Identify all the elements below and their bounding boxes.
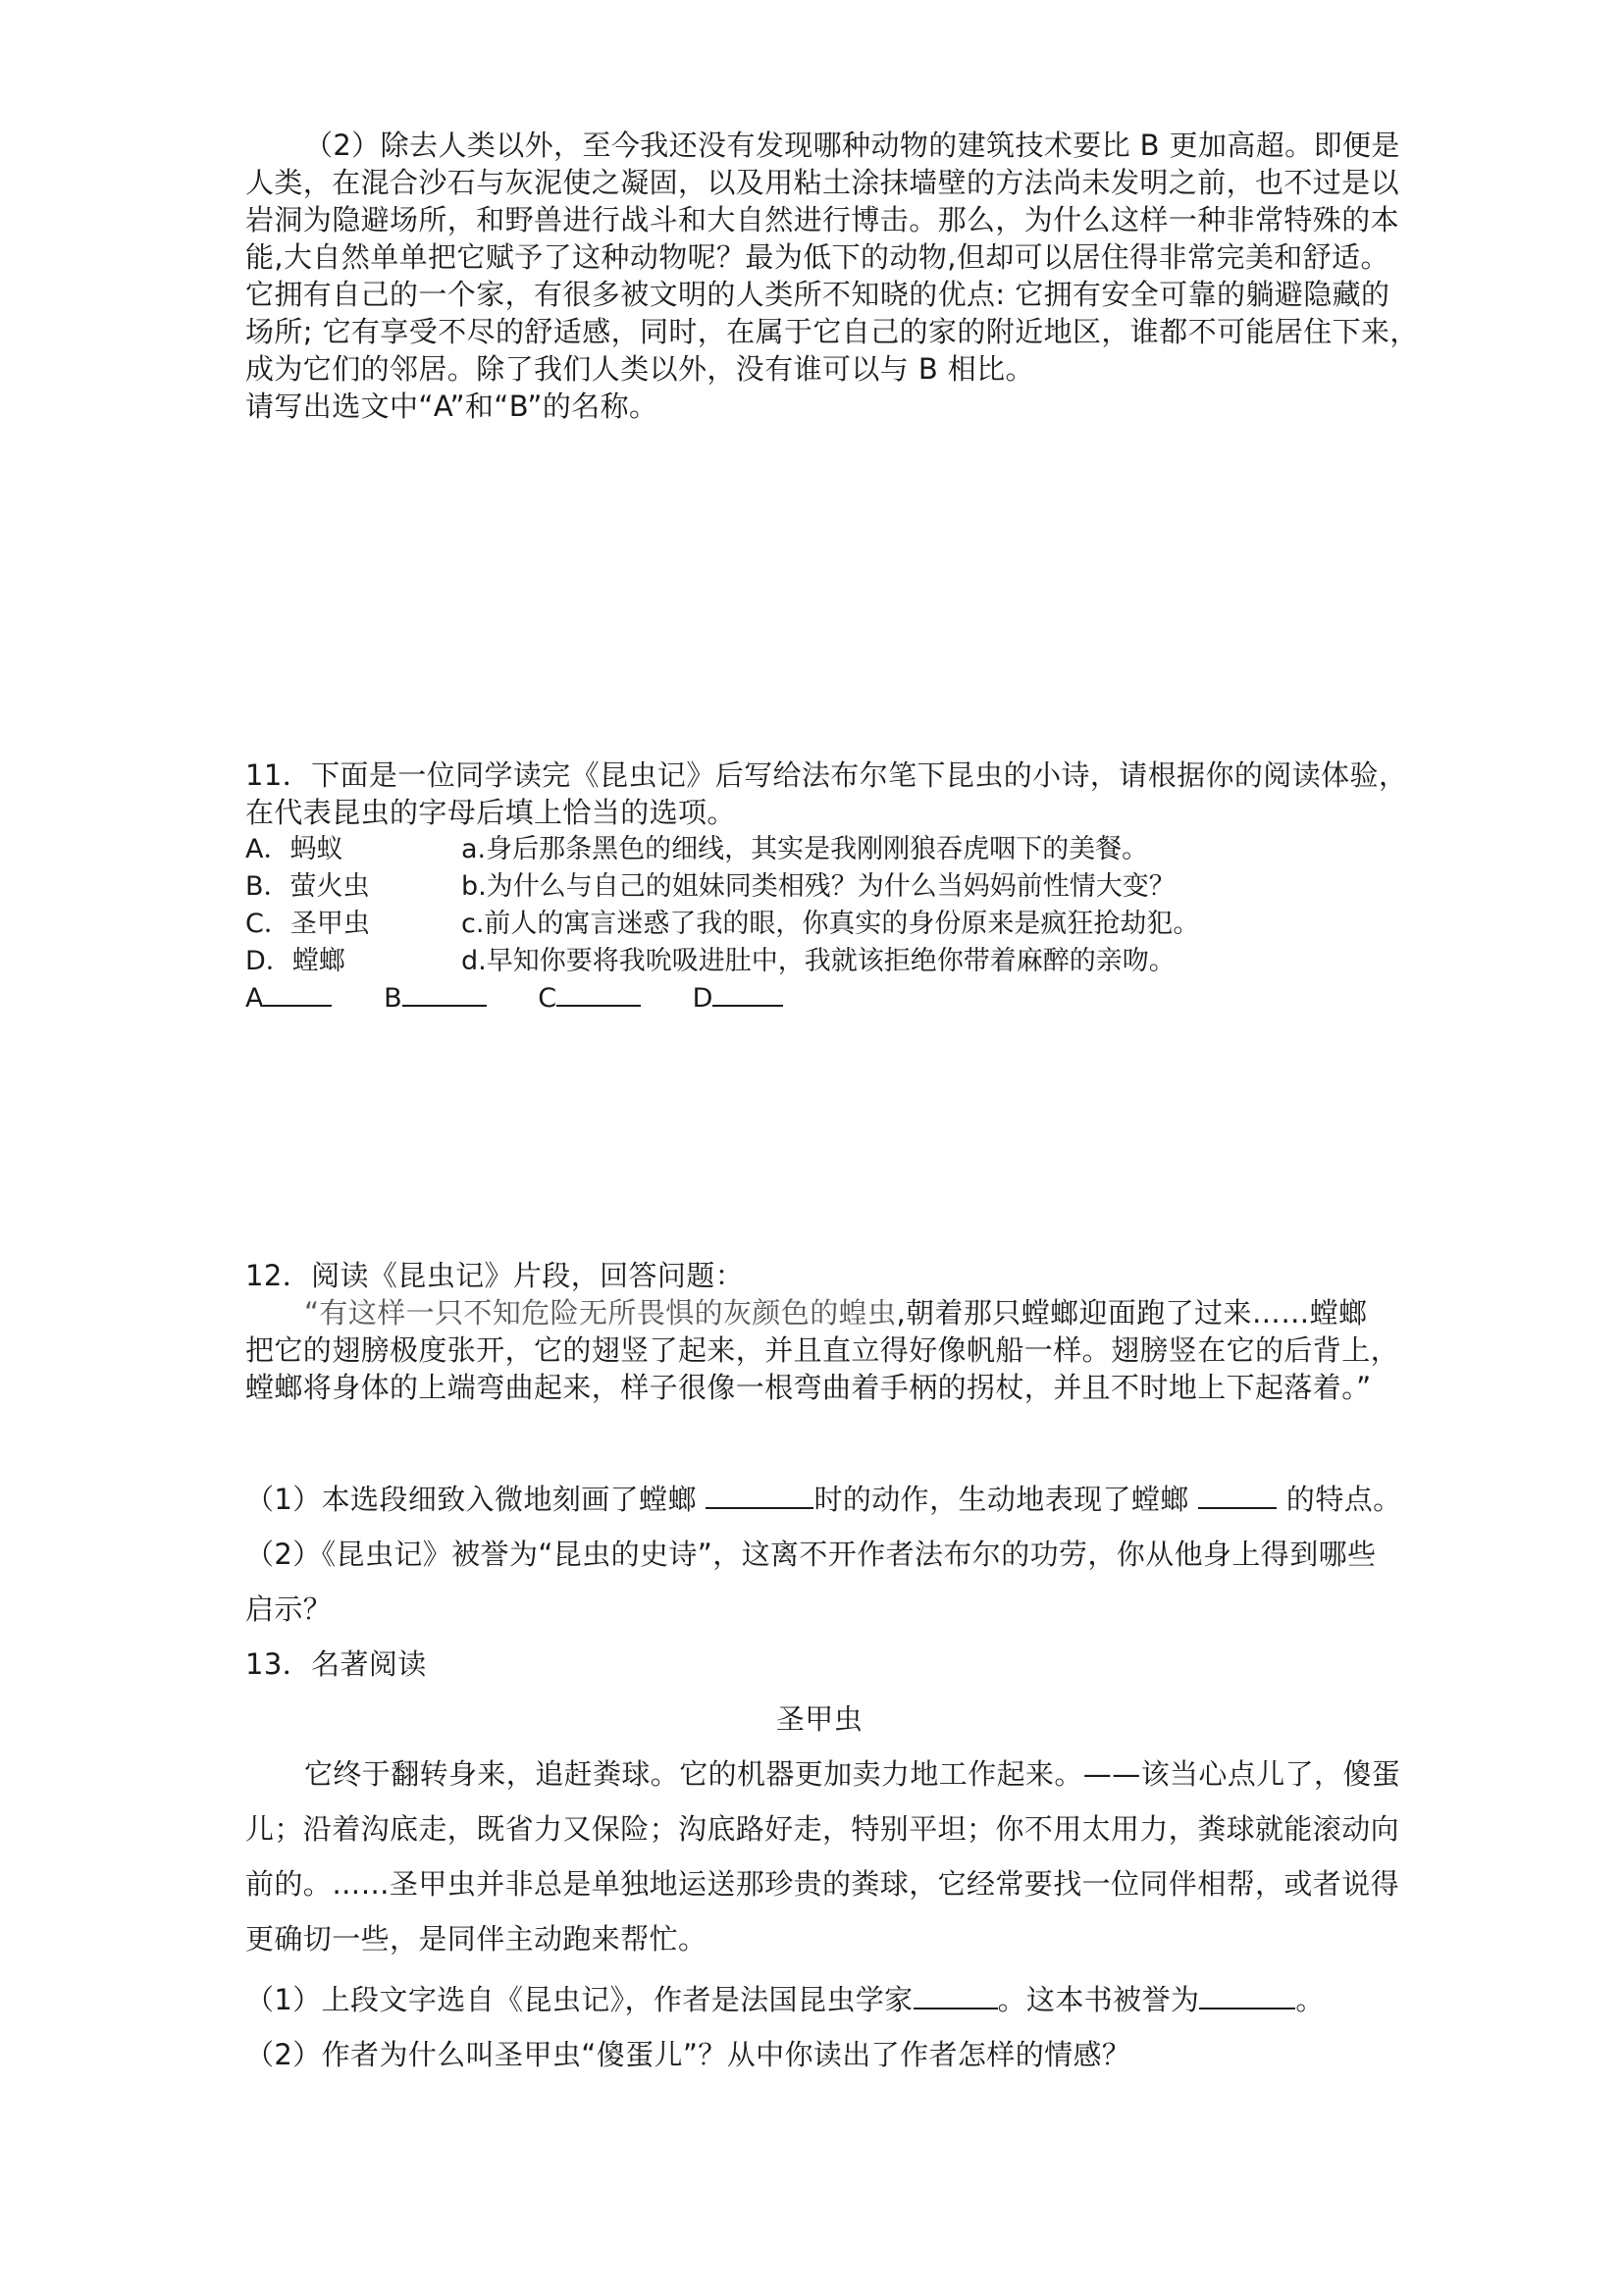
paragraph-line: （2）除去人类以外，至今我还没有发现哪种动物的建筑技术要比 B 更加高超。即便是	[304, 126, 1452, 165]
sub-question-1: （1）上段文字选自《昆虫记》，作者是法国昆虫学家。这本书被誉为。	[245, 1980, 1393, 2019]
fill-blank-trait[interactable]	[1198, 1482, 1277, 1509]
answer-label: B	[384, 983, 402, 1014]
fill-blank-author[interactable]	[914, 1982, 998, 2009]
sub-question-text: （1）上段文字选自《昆虫记》，作者是法国昆虫学家	[245, 1983, 914, 2016]
paragraph-line: 人类，在混合沙石与灰泥使之凝固，以及用粘土涂抹墙壁的方法尚未发明之前，也不过是以	[245, 163, 1393, 202]
paragraph-line: 成为它们的邻居。除了我们人类以外，没有谁可以与 B 相比。	[245, 349, 1393, 389]
question-prompt: 请写出选文中“A”和“B”的名称。	[245, 387, 1393, 426]
quote-line: “有这样一只不知危险无所畏惧的灰颜色的蝗虫,朝着那只螳螂迎面跑了过来……螳螂	[304, 1293, 1393, 1332]
quote-text: ,朝着那只螳螂迎面跑了过来……螳螂	[896, 1296, 1367, 1330]
sub-question-text: 。这本书被誉为	[998, 1983, 1200, 2016]
question-12-heading: 12．阅读《昆虫记》片段，回答问题：	[245, 1256, 1393, 1295]
answer-blank-b[interactable]: B	[384, 983, 487, 1014]
quote-line: 把它的翅膀极度张开，它的翅竖了起来，并且直立得好像帆船一样。翅膀竖在它的后背上，	[245, 1331, 1393, 1370]
question-13-heading: 13．名著阅读	[245, 1644, 1393, 1684]
document-page: （2）除去人类以外，至今我还没有发现哪种动物的建筑技术要比 B 更加高超。即便是…	[0, 0, 1623, 2296]
answer-blank-d[interactable]: D	[693, 983, 784, 1014]
answer-blank-a[interactable]: A	[245, 983, 332, 1014]
sub-question-text: 。	[1295, 1983, 1324, 2016]
sub-question-1: （1）本选段细致入微地刻画了螳螂 时的动作，生动地表现了螳螂 的特点。	[245, 1480, 1393, 1519]
sub-question-2: 启示？	[245, 1590, 1393, 1629]
poem-line-a: a.身后那条黑色的细线，其实是我刚刚狼吞虎咽下的美餐。	[461, 830, 1148, 869]
blank-line[interactable]	[263, 979, 332, 1007]
prompt-text: 请写出选文中“A”和“B”的名称。	[245, 390, 657, 423]
blank-line[interactable]	[712, 979, 783, 1007]
sub-question-text: （1）本选段细致入微地刻画了螳螂	[245, 1483, 706, 1516]
passage-line: 前的。……圣甲虫并非总是单独地运送那珍贵的粪球，它经常要找一位同伴相帮，或者说得	[245, 1864, 1393, 1904]
paragraph-line: 场所; 它有享受不尽的舒适感，同时，在属于它自己的家的附近地区，谁都不可能居住下…	[245, 312, 1393, 351]
poem-line-b: b.为什么与自己的姐妹同类相残？为什么当妈妈前性情大变？	[461, 867, 1176, 907]
passage-line: 它终于翻转身来，追赶粪球。它的机器更加卖力地工作起来。——该当心点儿了，傻蛋	[304, 1754, 1393, 1794]
sub-question-text: 时的动作，生动地表现了螳螂	[813, 1483, 1198, 1516]
sub-question-2: （2）《昆虫记》被誉为“昆虫的史诗”，这离不开作者法布尔的功劳，你从他身上得到哪…	[245, 1535, 1393, 1574]
insect-option-c: C．圣甲虫	[245, 905, 370, 944]
passage-line: 儿；沿着沟底走，既省力又保险；沟底路好走，特别平坦；你不用太用力，粪球就能滚动向	[245, 1809, 1393, 1849]
answer-label: A	[245, 983, 263, 1014]
paragraph-line: 它拥有自己的一个家，有很多被文明的人类所不知晓的优点: 它拥有安全可靠的躺避隐藏…	[245, 275, 1393, 314]
poem-line-d: d.早知你要将我吮吸进肚中，我就该拒绝你带着麻醉的亲吻。	[461, 942, 1176, 981]
answer-blanks-row: A B C D	[245, 979, 826, 1018]
sub-question-text: 的特点。	[1277, 1483, 1401, 1516]
insect-option-b: B．萤火虫	[245, 867, 370, 907]
blank-line[interactable]	[556, 979, 641, 1007]
blank-line[interactable]	[402, 979, 487, 1007]
quote-text-gray: “有这样一只不知危险无所畏惧的灰颜色的蝗虫	[304, 1296, 896, 1330]
answer-blank-c[interactable]: C	[538, 983, 641, 1014]
passage-title: 圣甲虫	[245, 1699, 1393, 1739]
question-11-stem: 在代表昆虫的字母后填上恰当的选项。	[245, 793, 1393, 832]
fill-blank-reputation[interactable]	[1199, 1982, 1295, 2009]
quote-line: 螳螂将身体的上端弯曲起来，样子很像一根弯曲着手柄的拐杖，并且不时地上下起落着。”	[245, 1368, 1393, 1407]
sub-question-2: （2）作者为什么叫圣甲虫“傻蛋儿”？从中你读出了作者怎样的情感？	[245, 2035, 1393, 2074]
paragraph-line: 岩洞为隐避场所，和野兽进行战斗和大自然进行博击。那么，为什么这样一种非常特殊的本	[245, 200, 1393, 239]
insect-option-d: D．螳螂	[245, 942, 345, 981]
passage-line: 更确切一些，是同伴主动跑来帮忙。	[245, 1919, 1393, 1958]
question-11-stem: 11．下面是一位同学读完《昆虫记》后写给法布尔笔下昆虫的小诗，请根据你的阅读体验…	[245, 756, 1393, 795]
answer-label: D	[693, 983, 713, 1014]
fill-blank-action[interactable]	[706, 1482, 813, 1509]
poem-line-c: c.前人的寓言迷惑了我的眼，你真实的身份原来是疯狂抢劫犯。	[461, 905, 1199, 944]
answer-label: C	[538, 983, 556, 1014]
paragraph-line: 能,大自然单单把它赋予了这种动物呢？最为低下的动物,但却可以居住得非常完美和舒适…	[245, 237, 1393, 277]
insect-option-a: A．蚂蚁	[245, 830, 342, 869]
